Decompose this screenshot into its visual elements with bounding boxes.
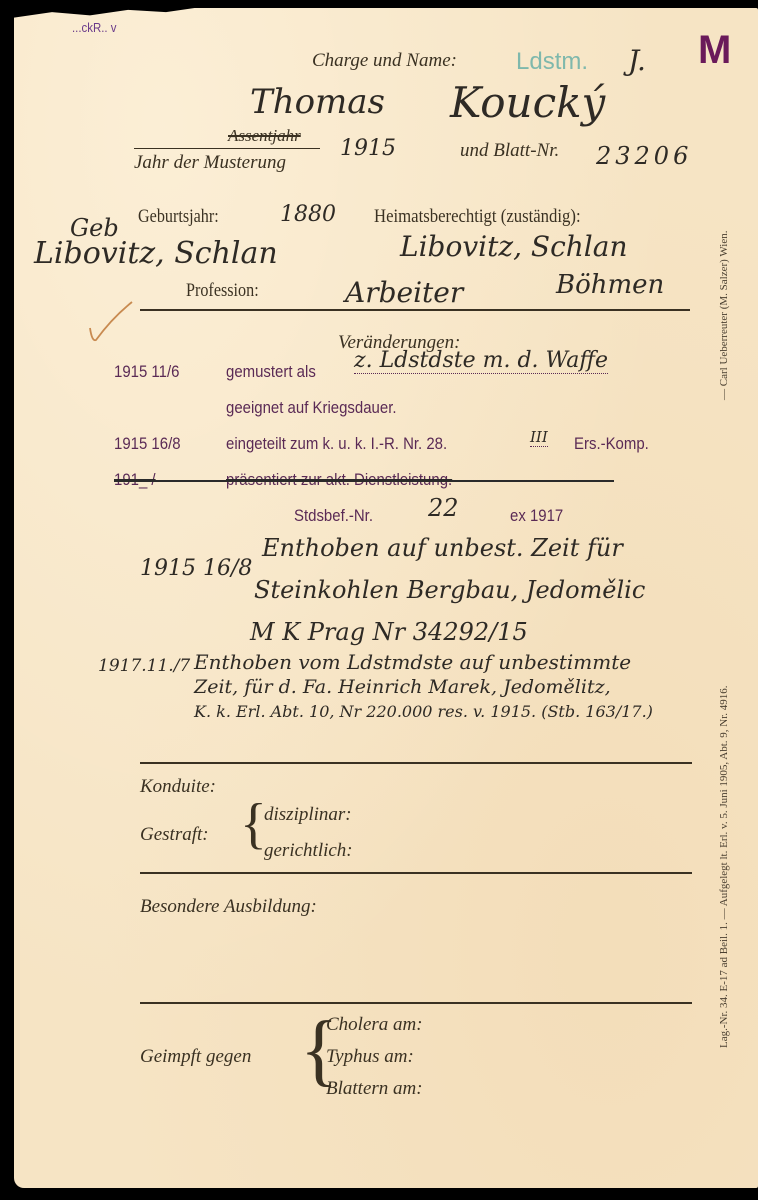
musterung-label: Jahr der Musterung <box>134 152 286 174</box>
cholera-label: Cholera am: <box>326 1014 423 1036</box>
vaccination-label: Geimpft gegen <box>140 1046 251 1068</box>
note-2-date: 1917.11./7 <box>98 656 190 676</box>
birthplace: Libovitz, Schlan <box>34 236 278 271</box>
typhus-label: Typhus am: <box>326 1046 414 1068</box>
personal-rule <box>140 309 690 311</box>
note-2-line-1: Enthoben vom Ldstmdste auf unbestimmte <box>194 650 631 674</box>
change-text-1: gemustert als <box>226 362 316 382</box>
change-date-3: 1915 16/8 <box>114 434 181 454</box>
blattern-label: Blattern am: <box>326 1078 423 1100</box>
blatt-number: 23206 <box>596 142 692 170</box>
corner-stamp: ...ckR.. v <box>72 20 116 35</box>
note-1-line-2: Steinkohlen Bergbau, Jedomělic <box>254 576 645 604</box>
conduct-bottom-rule <box>140 872 692 874</box>
strike-rule <box>114 480 614 482</box>
assentjahr-label: Assentjahr <box>228 126 301 146</box>
note-2-line-2: Zeit, für d. Fa. Heinrich Marek, Jedoměl… <box>194 676 611 698</box>
last-name: Koucký <box>450 78 605 127</box>
header-rule <box>134 148 320 149</box>
note-2-line-3: K. k. Erl. Abt. 10, Nr 220.000 res. v. 1… <box>194 702 653 721</box>
gestraft-brace: { <box>240 796 267 852</box>
musterung-year: 1915 <box>340 136 396 161</box>
change-text-2: geeignet auf Kriegsdauer. <box>226 398 397 418</box>
profession-label: Profession: <box>186 280 259 302</box>
conduct-top-rule <box>140 762 692 764</box>
printer-side-text: — Carl Ueberreuter (M. Salzer) Wien. <box>718 231 730 400</box>
change-date-1: 1915 11/6 <box>114 362 179 382</box>
heimat-label: Heimatsberechtigt (zuständig): <box>374 206 581 228</box>
note-1-line-3: M K Prag Nr 34292/15 <box>250 618 528 646</box>
check-mark-icon <box>86 298 136 348</box>
initial: J. <box>628 44 646 77</box>
charge-label: Charge und Name: <box>312 50 457 72</box>
ausbildung-label: Besondere Ausbildung: <box>140 896 317 918</box>
gerichtlich-label: gerichtlich: <box>264 840 353 862</box>
heimat-value: Libovitz, Schlan <box>400 230 628 263</box>
first-name: Thomas <box>250 82 385 122</box>
mark-m: M <box>698 28 731 73</box>
change-suffix-3: Ers.-Komp. <box>574 434 649 454</box>
geburtsjahr-value: 1880 <box>280 202 336 227</box>
disziplinar-label: disziplinar: <box>264 804 352 826</box>
rank-stamp: Ldstm. <box>516 48 588 76</box>
stdsbef-ex: ex 1917 <box>510 506 563 526</box>
note-1-line-1: Enthoben auf unbest. Zeit für <box>262 534 623 562</box>
blatt-label: und Blatt-Nr. <box>460 140 559 162</box>
geburtsjahr-label: Geburtsjahr: <box>138 206 219 228</box>
stdsbef-value: 22 <box>428 494 459 522</box>
change-value-3: III <box>530 428 548 447</box>
region-value: Böhmen <box>556 270 664 300</box>
gestraft-label: Gestraft: <box>140 824 209 846</box>
form-number-side-text: Lag.-Nr. 34. E-17 ad Beil. 1. — Aufgeleg… <box>718 685 730 1048</box>
stdsbef-label: Stdsbef.-Nr. <box>294 506 373 526</box>
profession-value: Arbeiter <box>345 276 463 309</box>
konduite-label: Konduite: <box>140 776 216 798</box>
change-text-3: eingeteilt zum k. u. k. I.-R. Nr. 28. <box>226 434 447 454</box>
vaccination-rule <box>140 1002 692 1004</box>
note-1-date: 1915 16/8 <box>140 556 252 581</box>
change-value-1: z. Ldstdste m. d. Waffe <box>354 348 608 374</box>
